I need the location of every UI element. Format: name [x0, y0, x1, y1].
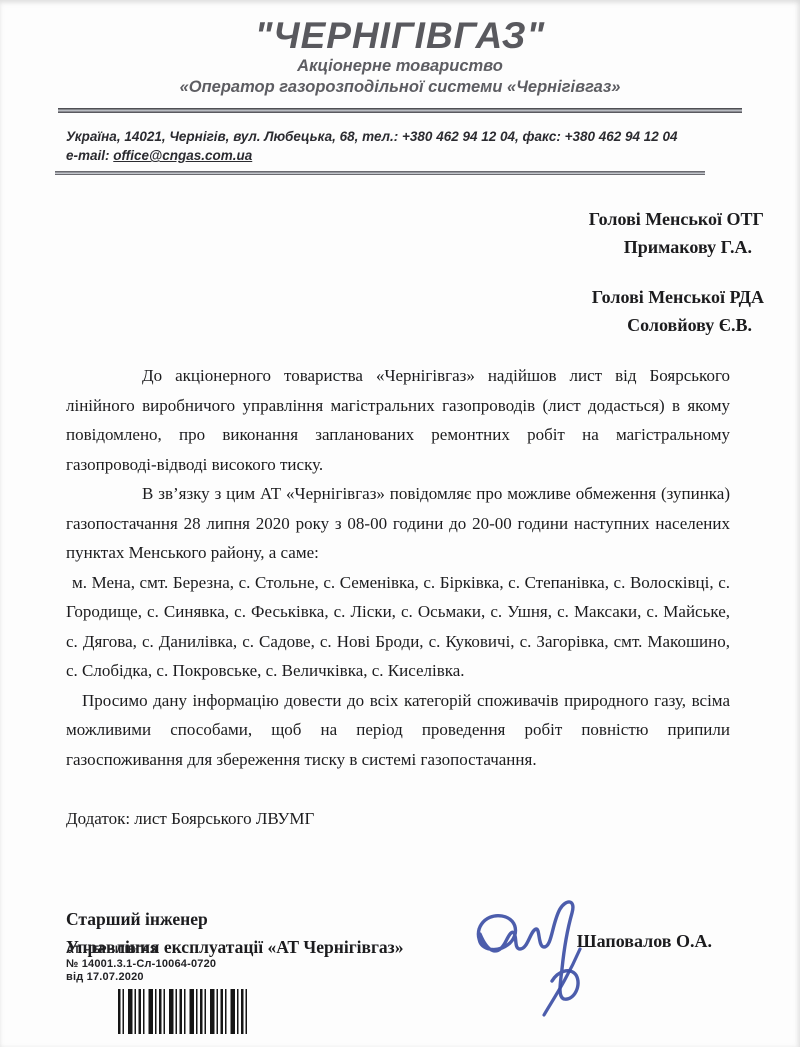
email-address: office@cngas.com.ua: [113, 148, 252, 163]
stamp-number: № 14001.3.1-Сл-10064-0720: [66, 958, 250, 972]
paragraph-notice: В зв’язку з цим АТ «Чернігівгаз» повідом…: [66, 479, 730, 568]
contact-line: Україна, 14021, Чернігів, вул. Любецька,…: [66, 127, 742, 146]
company-title: "ЧЕРНІГІВГАЗ": [0, 16, 800, 56]
email-label: e-mail:: [66, 148, 113, 163]
paragraph-request: Просимо дану інформацію довести до всіх …: [66, 686, 730, 775]
recipient-title: Голові Менської ОТГ: [514, 205, 764, 233]
recipient-rda: Голові Менської РДА Соловйову Є.В.: [514, 283, 764, 339]
attachment-line: Додаток: лист Боярського ЛВУМГ: [66, 804, 730, 834]
header-divider: [58, 108, 742, 113]
contact-block: Україна, 14021, Чернігів, вул. Любецька,…: [66, 127, 742, 165]
recipient-title: Голові Менської РДА: [514, 283, 764, 311]
paragraph-intro: До акціонерного товариства «Чернігівгаз»…: [66, 361, 730, 479]
scanned-letter-page: "ЧЕРНІГІВГАЗ" Акціонерне товариство «Опе…: [0, 0, 800, 1047]
signer-name: Шаповалов О.А.: [577, 931, 712, 952]
paragraph-settlements: м. Мена, смт. Березна, с. Стольне, с. Се…: [66, 568, 730, 686]
email-line: e-mail: office@cngas.com.ua: [66, 146, 742, 165]
recipient-otg: Голові Менської ОТГ Примакову Г.А.: [514, 205, 764, 261]
letterhead: "ЧЕРНІГІВГАЗ" Акціонерне товариство «Опе…: [0, 0, 800, 98]
company-subtitle-line1: Акціонерне товариство: [0, 56, 800, 77]
recipients-block: Голові Менської ОТГ Примакову Г.А. Голов…: [514, 205, 764, 339]
recipient-name: Примакову Г.А.: [514, 233, 764, 261]
letter-body: До акціонерного товариства «Чернігівгаз»…: [66, 361, 730, 834]
handwritten-signature-ink: [464, 897, 644, 1017]
barcode: [118, 989, 250, 1034]
company-subtitle-line2: «Оператор газорозподільної системи «Черн…: [0, 77, 800, 98]
contact-divider: [55, 171, 705, 175]
stamp-org: АТ ЧЕРНІГІВГАЗ: [66, 944, 250, 958]
recipient-name: Соловйову Є.В.: [514, 311, 764, 339]
stamp-date: від 17.07.2020: [66, 971, 250, 985]
registration-stamp: АТ ЧЕРНІГІВГАЗ № 14001.3.1-Сл-10064-0720…: [66, 944, 250, 1034]
